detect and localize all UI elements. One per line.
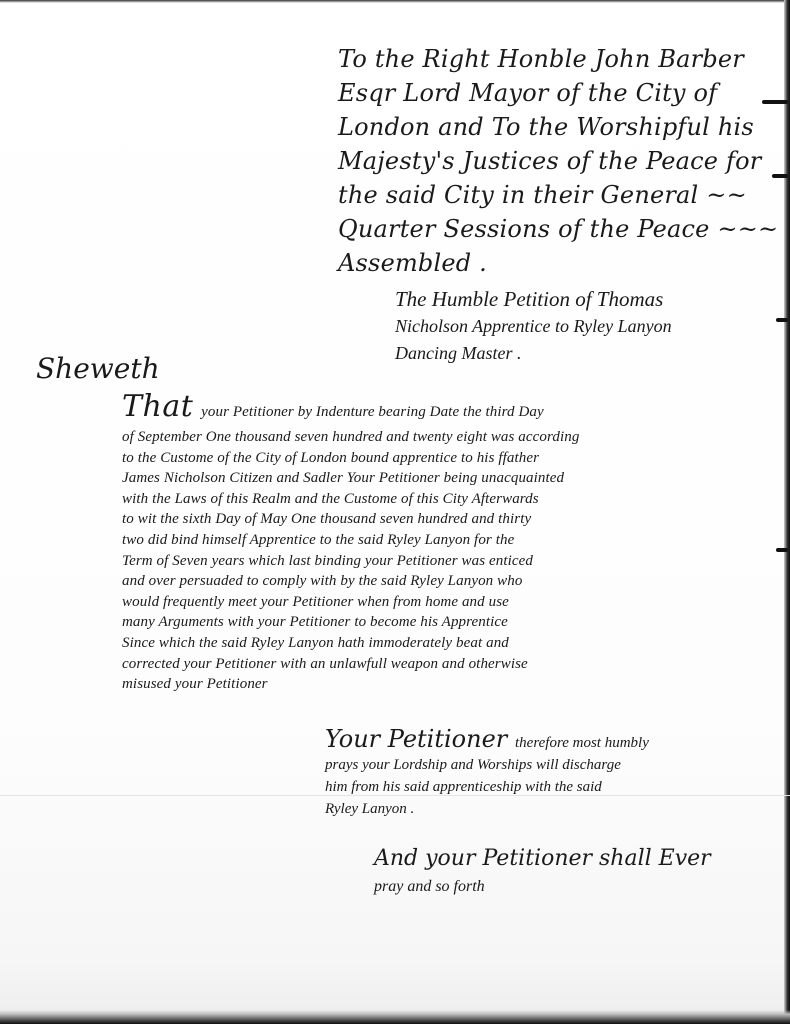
prayer-line: therefore most humbly (515, 735, 649, 751)
prayer-opening: Your Petitioner (325, 725, 507, 753)
body-line: many Arguments with your Petitioner to b… (122, 612, 786, 633)
address-line: London and To the Worshipful his (338, 110, 778, 144)
body-line: corrected your Petitioner with an unlawf… (122, 654, 786, 675)
body-line: to the Custome of the City of London bou… (122, 448, 786, 469)
prayer-paragraph: Your Petitioner therefore most humbly pr… (325, 728, 785, 820)
address-line: To the Right Honble John Barber (338, 42, 778, 76)
scanned-document-page: To the Right Honble John Barber Esqr Lor… (0, 0, 790, 1024)
body-line: two did bind himself Apprentice to the s… (122, 530, 786, 551)
body-line: and over persuaded to comply with by the… (122, 571, 786, 592)
address-line: the said City in their General ~~ (338, 178, 778, 212)
body-line: with the Laws of this Realm and the Cust… (122, 489, 786, 510)
petition-header-line: The Humble Petition of Thomas (395, 286, 785, 313)
scan-bottom-edge (0, 1010, 790, 1024)
prayer-first-line: Your Petitioner therefore most humbly (325, 728, 785, 754)
prayer-line: Ryley Lanyon . (325, 798, 785, 820)
body-line: Since which the said Ryley Lanyon hath i… (122, 633, 786, 654)
that-opening-word: That (122, 389, 193, 424)
scan-top-edge (0, 0, 790, 3)
address-block: To the Right Honble John Barber Esqr Lor… (338, 42, 778, 280)
petition-body: That your Petitioner by Indenture bearin… (122, 392, 786, 695)
body-line: to wit the sixth Day of May One thousand… (122, 509, 786, 530)
address-line: Assembled . (338, 246, 778, 280)
address-line: Quarter Sessions of the Peace ~~~ (338, 212, 778, 246)
petition-header: The Humble Petition of Thomas Nicholson … (395, 286, 785, 367)
closing-line: And your Petitioner shall Ever (374, 845, 774, 873)
body-first-line: That your Petitioner by Indenture bearin… (122, 392, 786, 427)
prayer-line: prays your Lordship and Worships will di… (325, 754, 785, 776)
body-line: Term of Seven years which last binding y… (122, 551, 786, 572)
body-line: would frequently meet your Petitioner wh… (122, 592, 786, 613)
address-line: Majesty's Justices of the Peace for (338, 144, 778, 178)
body-line: misused your Petitioner (122, 674, 786, 695)
petition-header-line: Dancing Master . (395, 340, 785, 367)
body-line: your Petitioner by Indenture bearing Dat… (201, 404, 544, 420)
sheweth-heading: Sheweth (36, 352, 160, 386)
petition-header-line: Nicholson Apprentice to Ryley Lanyon (395, 313, 785, 340)
body-line: of September One thousand seven hundred … (122, 427, 786, 448)
closing-formula: And your Petitioner shall Ever pray and … (374, 845, 774, 901)
body-line: James Nicholson Citizen and Sadler Your … (122, 468, 786, 489)
prayer-line: him from his said apprenticeship with th… (325, 776, 785, 798)
closing-line: pray and so forth (374, 873, 774, 901)
address-line: Esqr Lord Mayor of the City of (338, 76, 778, 110)
